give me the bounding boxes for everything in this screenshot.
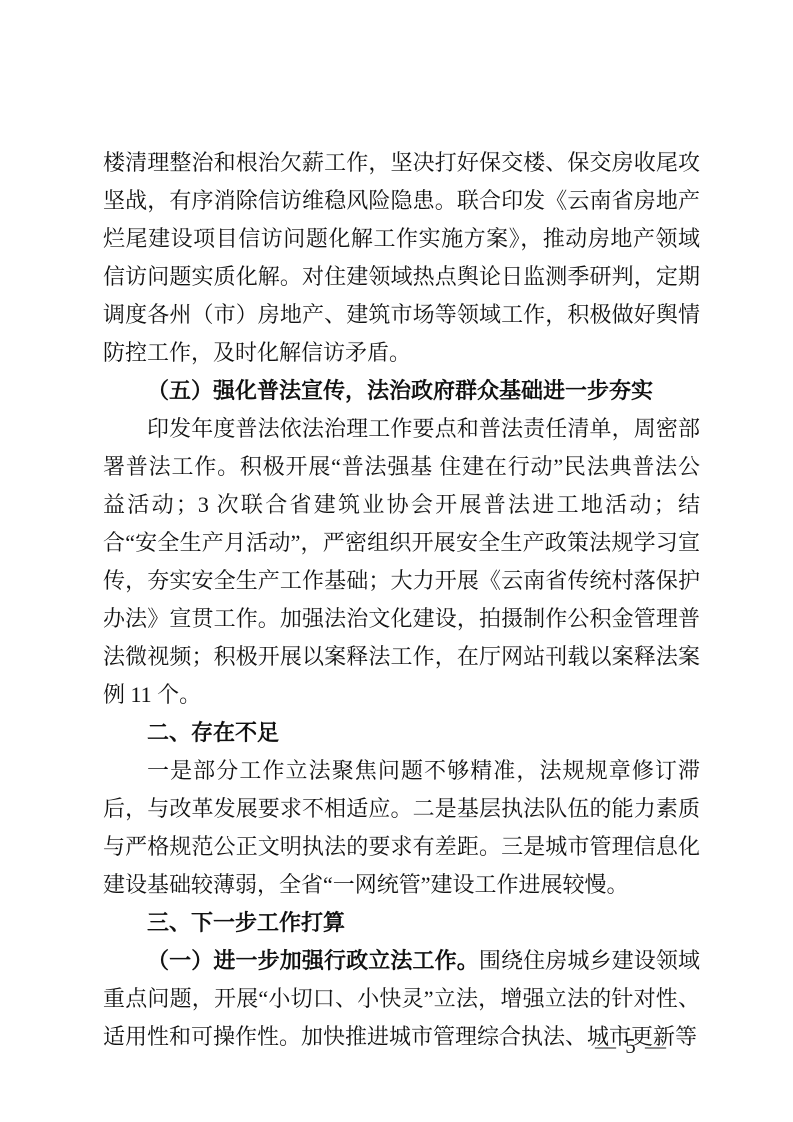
paragraph: 一是部分工作立法聚焦问题不够精准，法规规章修订滞后，与改革发展要求不相适应。二是… bbox=[103, 752, 700, 904]
document-page: 楼清理整治和根治欠薪工作，坚决打好保交楼、保交房收尾攻坚战，有序消除信访维稳风险… bbox=[0, 0, 793, 1122]
document-body: 楼清理整治和根治欠薪工作，坚决打好保交楼、保交房收尾攻坚战，有序消除信访维稳风险… bbox=[103, 144, 700, 1056]
paragraph-continued: 楼清理整治和根治欠薪工作，坚决打好保交楼、保交房收尾攻坚战，有序消除信访维稳风险… bbox=[103, 144, 700, 372]
page-footer: — 5 — bbox=[595, 1034, 668, 1058]
heading-part-three: 三、下一步工作打算 bbox=[103, 904, 700, 942]
heading-part-two: 二、存在不足 bbox=[103, 714, 700, 752]
paragraph-lead-heading: （一）进一步加强行政立法工作。 bbox=[147, 948, 479, 973]
heading-section-five: （五）强化普法宣传，法治政府群众基础进一步夯实 bbox=[103, 372, 700, 410]
page-number: — 5 — bbox=[595, 1034, 668, 1058]
paragraph: 印发年度普法依法治理工作要点和普法责任清单，周密部署普法工作。积极开展“普法强基… bbox=[103, 410, 700, 714]
